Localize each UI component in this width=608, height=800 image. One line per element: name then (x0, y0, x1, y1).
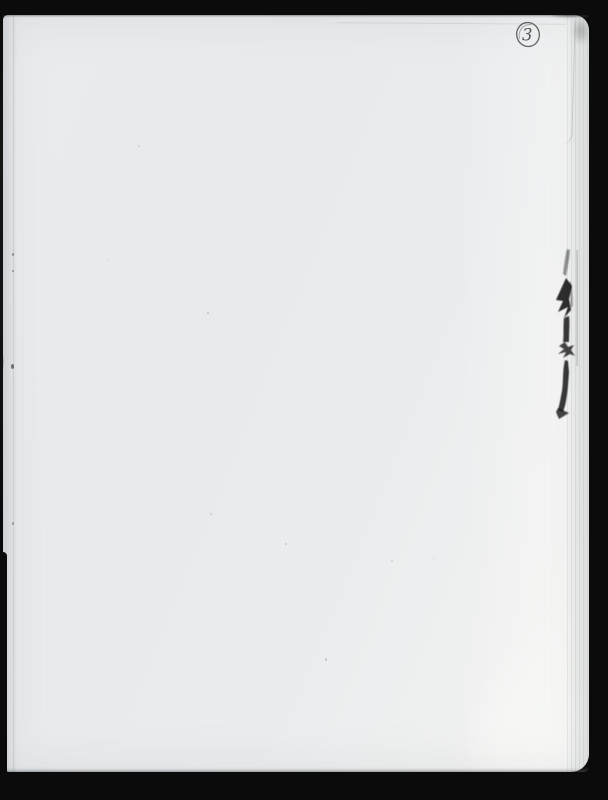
fore-edge-ink-smudge (545, 242, 585, 432)
folio-number-text: 3 (522, 26, 533, 45)
corner-edge-smudge (572, 17, 590, 45)
dust-speck (138, 145, 140, 147)
dust-speck (325, 658, 327, 661)
dust-speck (207, 312, 209, 314)
dust-speck (285, 543, 287, 545)
crease-speck (11, 364, 14, 369)
page-bottom-edge-bevel (3, 767, 589, 772)
dust-speck (391, 560, 393, 562)
blank-sketchbook-page (3, 15, 589, 772)
ink-smudge-drawing (545, 242, 585, 432)
left-edge-smudge (0, 354, 4, 370)
scanned-book-photograph: 3 (0, 0, 608, 800)
dust-speck (210, 513, 212, 515)
crease-speck (12, 270, 14, 272)
binding-shadow-lower (0, 552, 7, 774)
binding-edge-shadow (0, 15, 3, 555)
folio-number-mark: 3 (512, 20, 544, 51)
crease-speck (12, 253, 14, 256)
gutter-crease-line (13, 15, 14, 772)
dust-speck (433, 558, 435, 559)
folio-circle-drawing: 3 (512, 20, 544, 51)
page-top-edge-shadow (3, 15, 589, 18)
crease-speck (12, 522, 14, 525)
dust-speck (108, 259, 109, 261)
